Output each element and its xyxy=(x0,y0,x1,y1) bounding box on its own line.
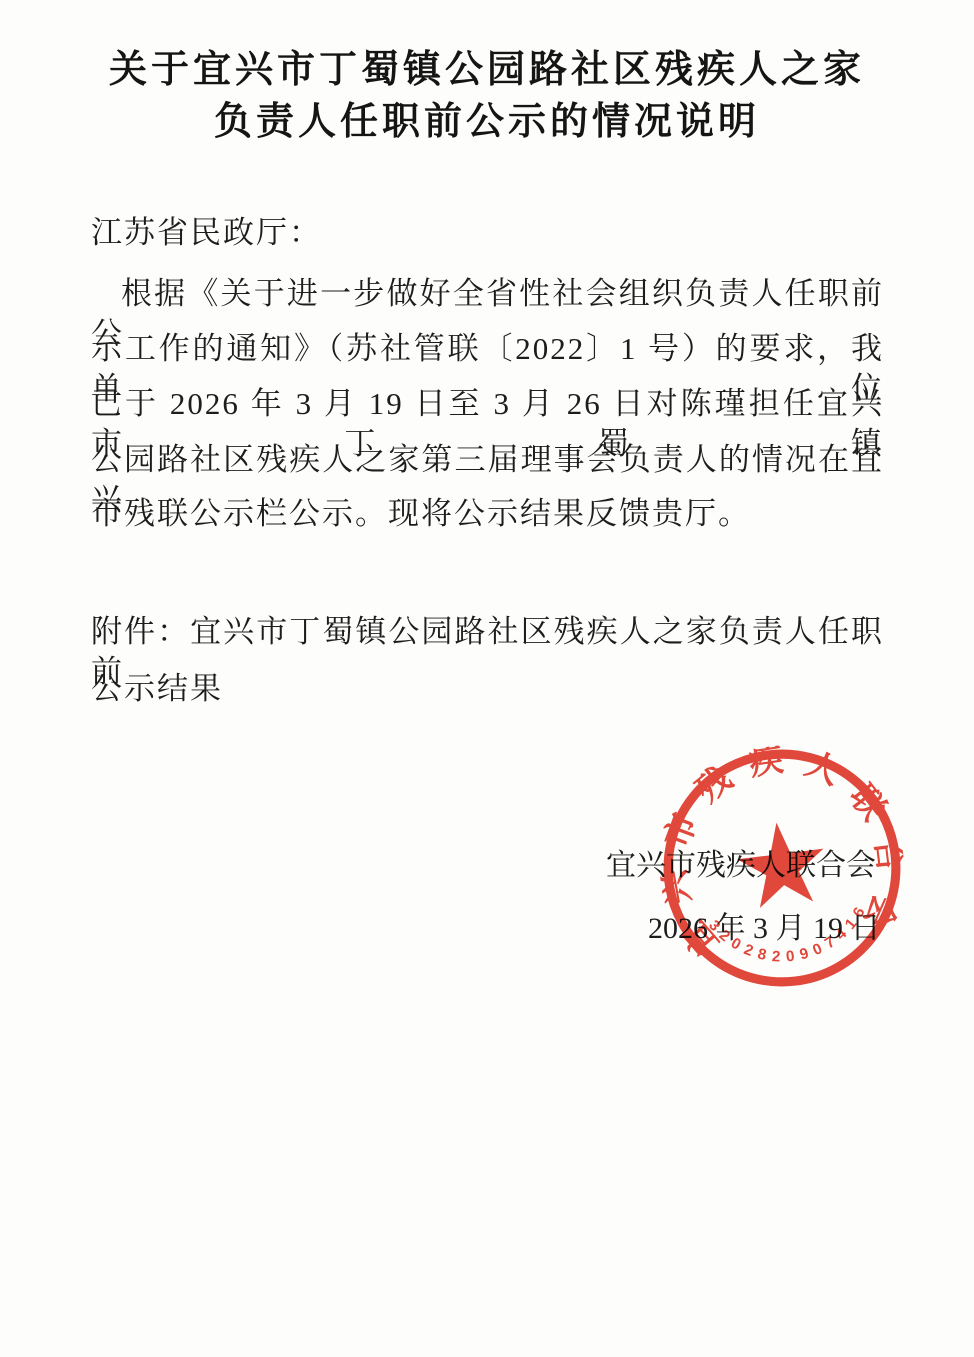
body-line: 市残联公示栏公示。现将公示结果反馈贵厅。 xyxy=(91,494,884,534)
document-title-line-1: 关于宜兴市丁蜀镇公园路社区残疾人之家 xyxy=(0,48,974,92)
document-title-line-2: 负责人任职前公示的情况说明 xyxy=(0,100,974,144)
seal-star-icon xyxy=(733,817,829,910)
attachment-line: 公示结果 xyxy=(91,669,884,709)
official-seal: 宜兴市残疾人联合会 3202820907416 xyxy=(646,732,918,1004)
salutation: 江苏省民政厅： xyxy=(91,213,884,253)
document-page: 关于宜兴市丁蜀镇公园路社区残疾人之家 负责人任职前公示的情况说明 江苏省民政厅：… xyxy=(0,0,974,1357)
